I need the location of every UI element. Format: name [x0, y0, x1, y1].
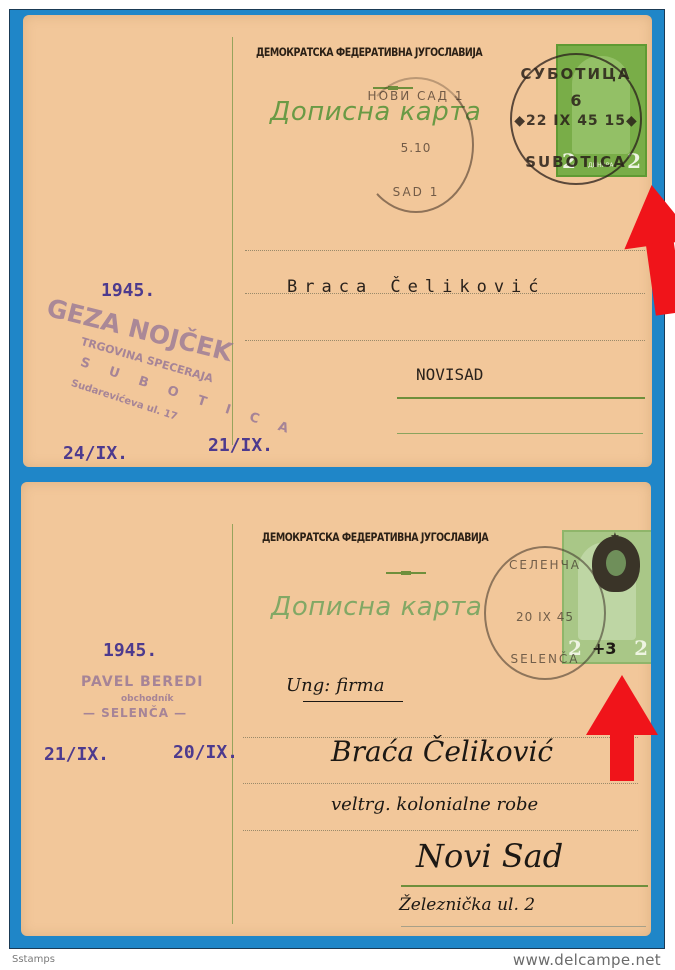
sender-line-2: — SELENČA —: [83, 706, 187, 720]
postmark-number: 6: [512, 91, 640, 110]
recipient-line-2: veltrg. kolonialne robe: [331, 794, 538, 815]
address-line: [243, 830, 638, 831]
divider-line: [232, 524, 233, 924]
postmark-date: 5.10: [360, 141, 472, 155]
recipient-name: Braća Čeliković: [331, 735, 553, 768]
postcard-selenca: ДЕМОКРАТСКА ФЕДЕРАТИВНА ЈУГОСЛАВИЈА Допи…: [21, 482, 651, 936]
address-line-green: [397, 433, 643, 434]
postmark-subotica: СУБОТИЦА 6 ◆22 IX 45 15◆ SUBOTICA: [510, 53, 642, 185]
postmark-date: ◆22 IX 45 15◆: [512, 113, 640, 129]
stamp-value-right: 2: [634, 636, 648, 660]
card-title: Дописна карта: [271, 592, 482, 622]
address-line: [245, 250, 645, 251]
address-line: [243, 783, 638, 784]
postcard-subotica: ДЕМОКРАТСКА ФЕДЕРАТИВНА ЈУГОСЛАВИЈА Допи…: [23, 15, 652, 467]
salutation: Ung: firma: [286, 675, 384, 696]
address-line: [245, 340, 645, 341]
sender-name: PAVEL BEREDI: [81, 674, 203, 690]
postmark-date: 20 IX 45: [486, 610, 604, 624]
footer-seller: Sstamps: [12, 954, 55, 965]
year-text: 1945.: [101, 280, 155, 301]
date-left: 24/IX.: [63, 443, 128, 464]
recipient-street: Železnička ul. 2: [399, 895, 535, 915]
postmark-top-text: НОВИ САД 1: [360, 89, 472, 103]
scan-background: ДЕМОКРАТСКА ФЕДЕРАТИВНА ЈУГОСЛАВИЈА Допи…: [9, 9, 665, 949]
postmark-selenca: СЕЛЕНЧА 20 IX 45 SELENČA: [484, 546, 606, 680]
year-text: 1945.: [103, 640, 157, 661]
address-line: [401, 926, 646, 927]
recipient-name: Braca Čeliković: [287, 277, 546, 297]
recipient-city: Novi Sad: [416, 837, 563, 875]
postmark-bottom-text: SAD 1: [360, 185, 472, 199]
ornament-line: [386, 572, 426, 574]
card-heading: ДЕМОКРАТСКА ФЕДЕРАТИВНА ЈУГОСЛАВИЈА: [262, 530, 488, 544]
postmark-top-text: СЕЛЕНЧА: [486, 558, 604, 572]
divider-line: [232, 37, 233, 445]
date-right: 20/IX.: [173, 742, 238, 763]
date-left: 21/IX.: [44, 744, 109, 765]
sender-line-1: obchodník: [121, 694, 173, 704]
card-heading: ДЕМОКРАТСКА ФЕДЕРАТИВНА ЈУГОСЛАВИЈА: [256, 45, 482, 59]
recipient-city: NOVISAD: [416, 365, 483, 384]
postmark-bottom-text: SUBOTICA: [512, 153, 640, 171]
date-right: 21/IX.: [208, 435, 273, 456]
salutation-underline: [303, 701, 403, 702]
postmark-bottom-text: SELENČA: [486, 652, 604, 666]
postmark-top-text: СУБОТИЦА: [512, 65, 640, 83]
address-line-green: [401, 885, 648, 887]
postmark-novi-sad: НОВИ САД 1 5.10 SAD 1: [358, 77, 474, 213]
address-line-green: [397, 397, 645, 399]
footer-site-link[interactable]: www.delcampe.net: [513, 951, 661, 969]
